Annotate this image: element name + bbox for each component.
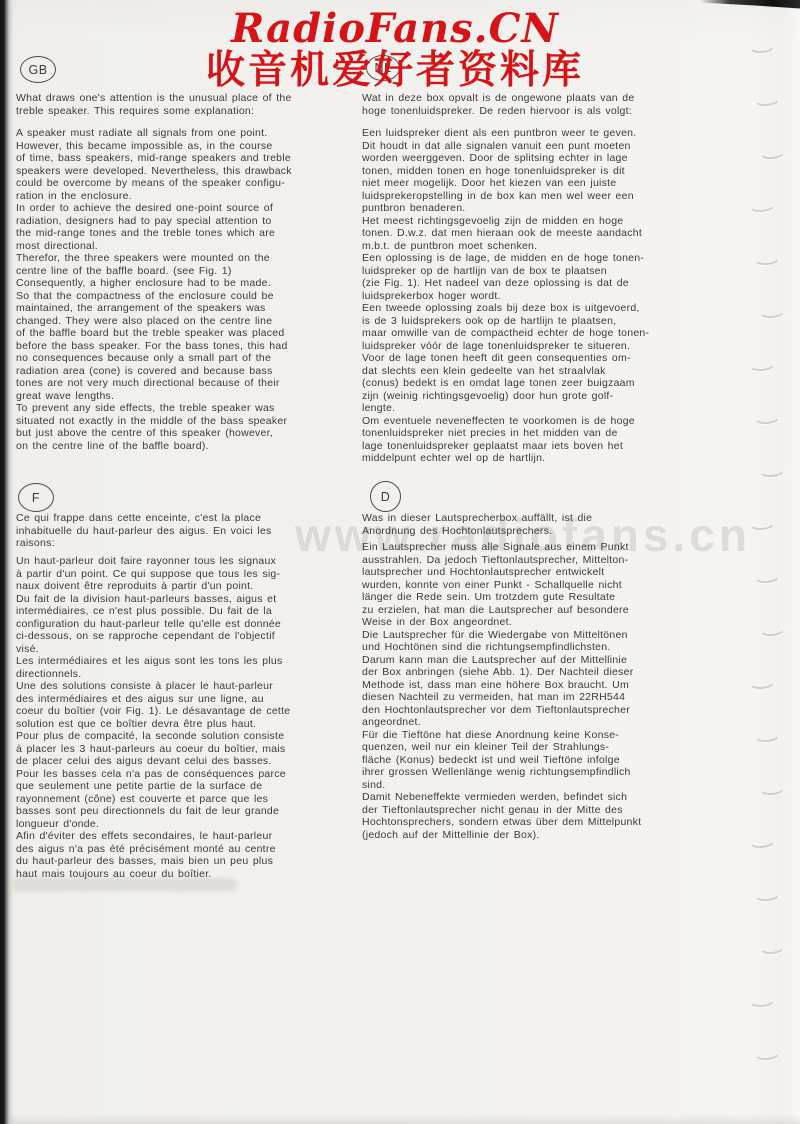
badge-d-label: D	[381, 490, 391, 504]
binding-mark	[747, 355, 776, 372]
dutch-body-paragraph: Een luidspreker dient als een puntbron w…	[362, 127, 762, 465]
binding-mark	[747, 514, 776, 531]
language-badge-gb: GB	[20, 56, 56, 83]
badge-f-label: F	[32, 491, 40, 505]
radiofans-watermark-subtitle: 收音机爱好者资料库	[95, 50, 695, 92]
french-body-paragraph: Un haut-parleur doit faire rayonner tous…	[16, 555, 361, 880]
dutch-intro-paragraph: Wat in deze box opvalt is de ongewone pl…	[362, 92, 762, 117]
binding-mark	[747, 991, 776, 1008]
language-badge-f: F	[18, 483, 54, 512]
binding-mark	[747, 673, 776, 690]
scan-left-edge	[0, 0, 14, 1124]
scanned-manual-page: www.radiofans.cn GB What draws one's att…	[0, 0, 800, 1124]
language-badge-d: D	[370, 481, 401, 512]
paper-right-edge-highlight	[778, 0, 800, 1124]
paper-bottom-shadow	[0, 1114, 800, 1124]
radiofans-watermark-title: RadioFans.CN	[95, 8, 695, 50]
english-body-paragraph: A speaker must radiate all signals from …	[16, 127, 361, 452]
binding-mark	[747, 832, 776, 849]
german-body-paragraph: Ein Lautsprecher muss alle Signale aus e…	[362, 541, 762, 841]
french-intro-paragraph: Ce qui frappe dans cette enceinte, c'est…	[16, 512, 361, 550]
german-intro-paragraph: Was in dieser Lautsprecherbox auffällt, …	[362, 512, 762, 537]
binding-mark	[747, 196, 776, 213]
badge-gb-label: GB	[28, 63, 47, 77]
english-intro-paragraph: What draws one's attention is the unusua…	[16, 92, 361, 117]
binding-mark	[747, 37, 776, 54]
